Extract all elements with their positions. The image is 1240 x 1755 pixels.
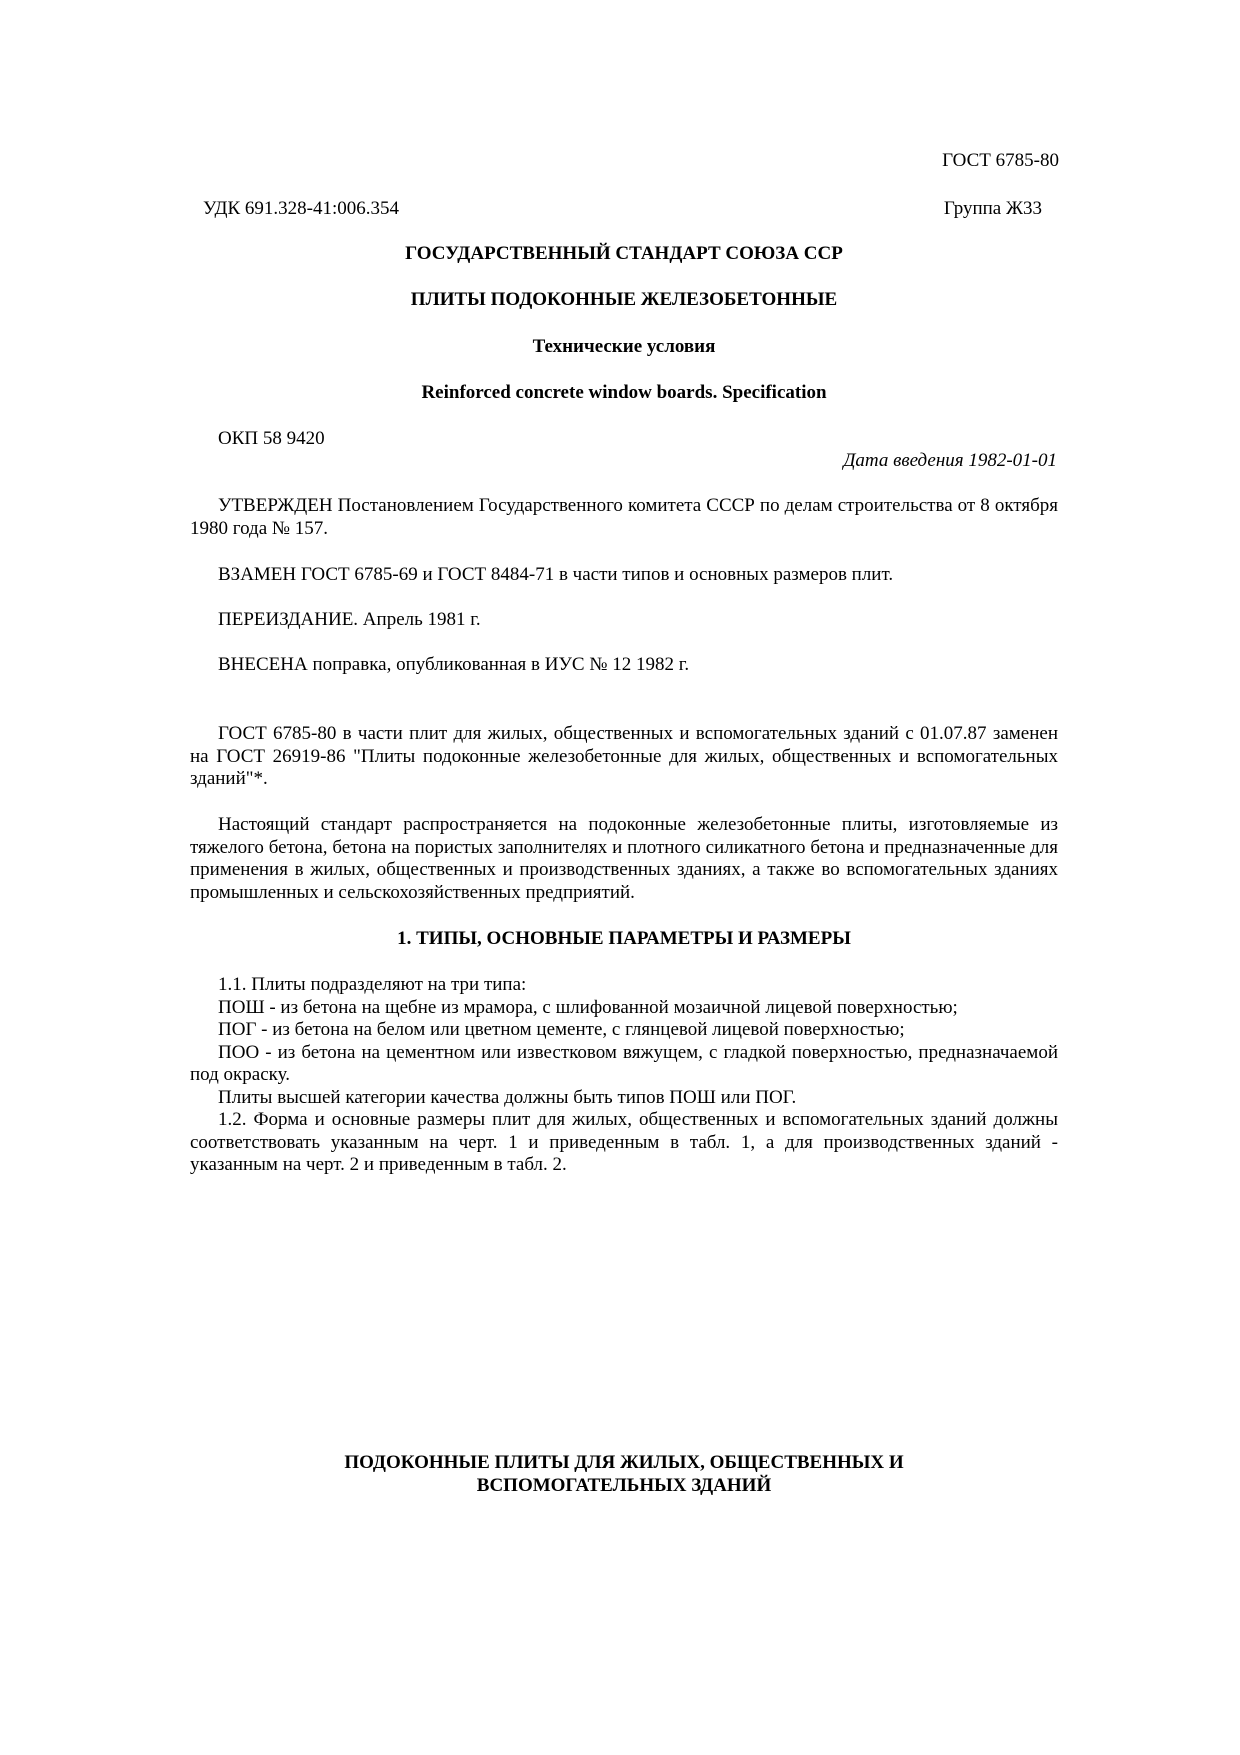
scope-paragraph: Настоящий стандарт распространяется на п… — [190, 814, 1058, 904]
reissue-paragraph: ПЕРЕИЗДАНИЕ. Апрель 1981 г. — [190, 609, 1058, 632]
list-item: ПОГ - из бетона на белом или цветном цем… — [190, 1019, 1058, 1042]
amendment-paragraph: ВНЕСЕНА поправка, опубликованная в ИУС №… — [190, 654, 1058, 677]
replaced-by-paragraph: ГОСТ 6785-80 в части плит для жилых, общ… — [190, 723, 1058, 791]
group-code: Группа Ж33 — [944, 198, 1042, 220]
list-item: 1.2. Форма и основные размеры плит для ж… — [190, 1109, 1058, 1177]
section-1-body: 1.1. Плиты подразделяют на три типа: ПОШ… — [190, 974, 1058, 1177]
replaces-paragraph: ВЗАМЕН ГОСТ 6785-69 и ГОСТ 8484-71 в час… — [190, 564, 1058, 587]
section-1-heading: 1. ТИПЫ, ОСНОВНЫЕ ПАРАМЕТРЫ И РАЗМЕРЫ — [190, 928, 1058, 950]
udk-code: УДК 691.328-41:006.354 — [203, 198, 399, 220]
list-item: ПОШ - из бетона на щебне из мрамора, с ш… — [190, 997, 1058, 1020]
approved-paragraph: УТВЕРЖДЕН Постановлением Государственног… — [190, 495, 1058, 540]
organization-title: ГОСУДАРСТВЕННЫЙ СТАНДАРТ СОЮЗА ССР — [190, 243, 1058, 265]
subsection-heading-line-2: ВСПОМОГАТЕЛЬНЫХ ЗДАНИЙ — [190, 1475, 1058, 1498]
document-subtitle: Технические условия — [190, 336, 1058, 358]
subsection-heading: ПОДОКОННЫЕ ПЛИТЫ ДЛЯ ЖИЛЫХ, ОБЩЕСТВЕННЫХ… — [190, 1452, 1058, 1497]
list-item: 1.1. Плиты подразделяют на три типа: — [190, 974, 1058, 997]
okp-code: ОКП 58 9420 — [218, 428, 325, 450]
subsection-heading-line-1: ПОДОКОННЫЕ ПЛИТЫ ДЛЯ ЖИЛЫХ, ОБЩЕСТВЕННЫХ… — [190, 1452, 1058, 1475]
introduction-date: Дата введения 1982-01-01 — [843, 450, 1057, 472]
english-title: Reinforced concrete window boards. Speci… — [190, 382, 1058, 404]
document-code: ГОСТ 6785-80 — [942, 150, 1059, 172]
list-item: Плиты высшей категории качества должны б… — [190, 1087, 1058, 1110]
list-item: ПОО - из бетона на цементном или известк… — [190, 1042, 1058, 1087]
document-title: ПЛИТЫ ПОДОКОННЫЕ ЖЕЛЕЗОБЕТОННЫЕ — [190, 289, 1058, 311]
